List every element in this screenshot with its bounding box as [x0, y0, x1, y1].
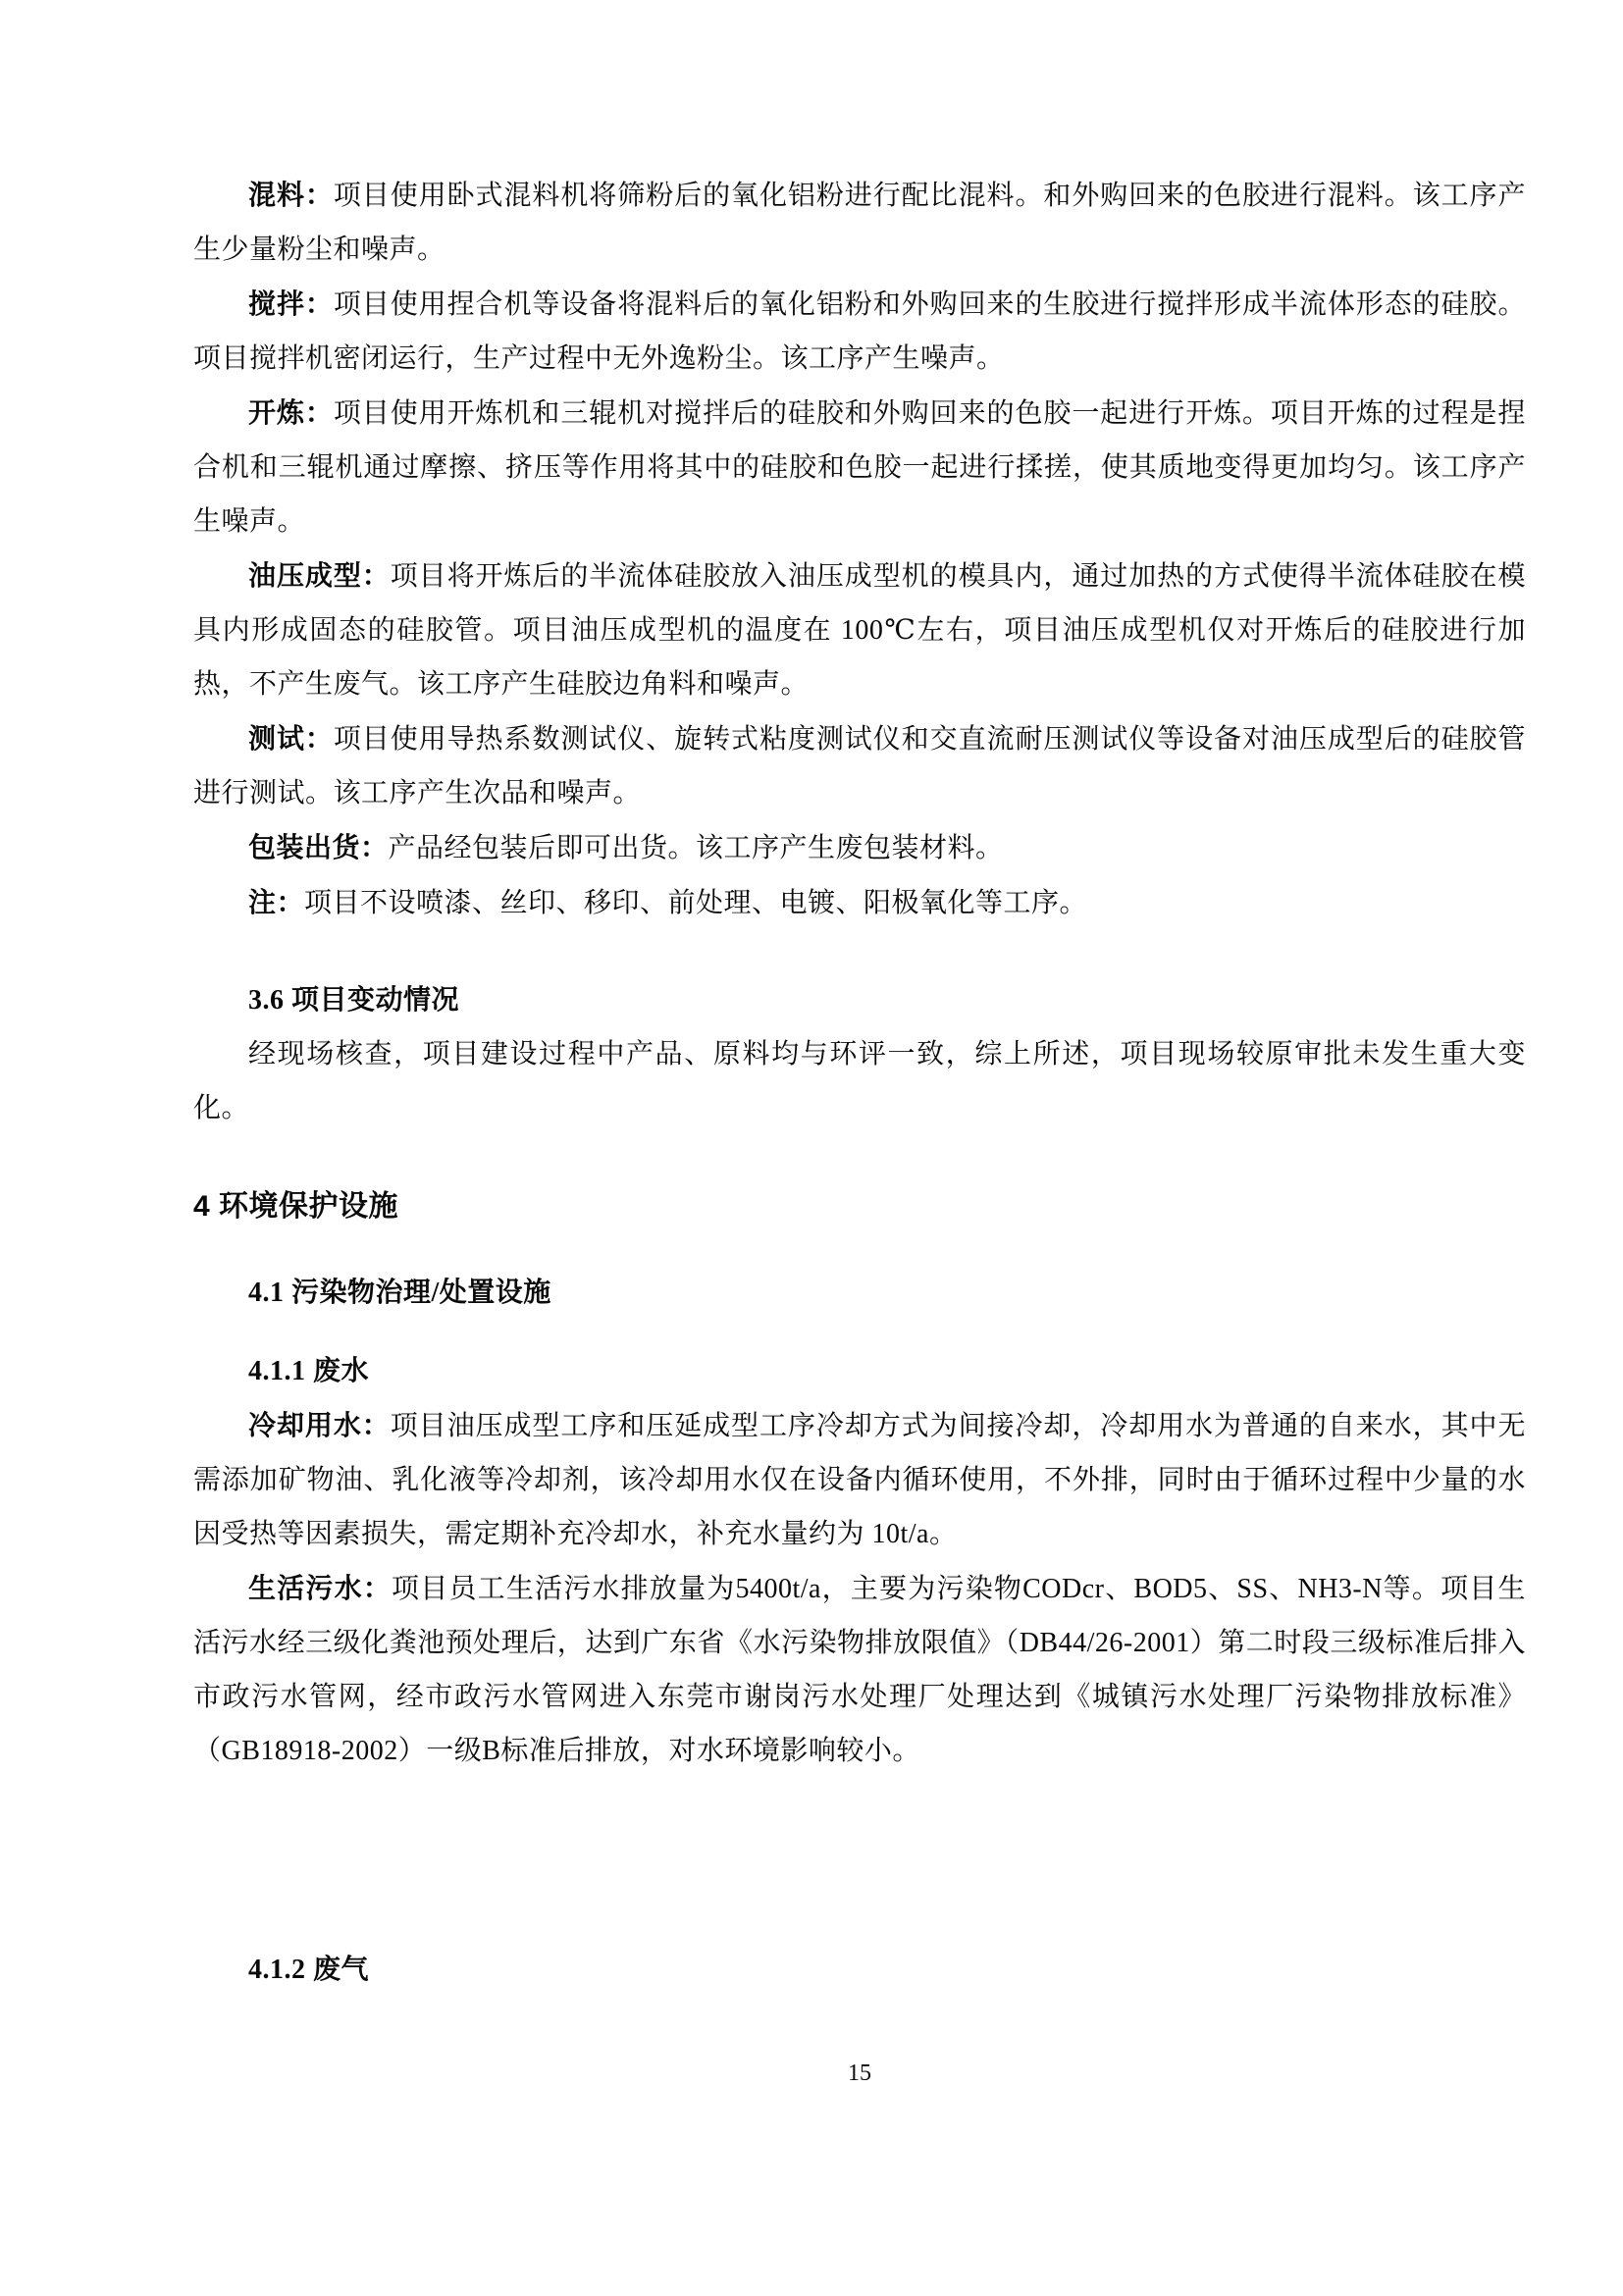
paragraph-text-note: 项目不设喷漆、丝印、移印、前处理、电镀、阳极氧化等工序。 [304, 888, 1087, 918]
paragraph-lead-mixing: 混料： [248, 180, 334, 210]
page-number: 15 [193, 2059, 1526, 2088]
paragraph-press-molding: 油压成型：项目将开炼后的半流体硅胶放入油压成型机的模具内，通过加热的方式使得半流… [193, 548, 1526, 711]
paragraph-cooling-water: 冷却用水：项目油压成型工序和压延成型工序冷却方式为间接冷却，冷却用水为普通的自来… [193, 1398, 1526, 1561]
paragraph-note: 注：项目不设喷漆、丝印、移印、前处理、电镀、阳极氧化等工序。 [193, 875, 1526, 930]
paragraph-text-stirring: 项目使用捏合机等设备将混料后的氧化铝粉和外购回来的生胶进行搅拌形成半流体形态的硅… [193, 289, 1526, 374]
paragraph-project-change: 经现场核查，项目建设过程中产品、原料均与环评一致，综上所述，项目现场较原审批未发… [193, 1027, 1526, 1135]
paragraph-lead-open-milling: 开炼： [248, 397, 334, 428]
document-page: 混料：项目使用卧式混料机将筛粉后的氧化铝粉进行配比混料。和外购回来的色胶进行混料… [0, 0, 1623, 2296]
paragraph-lead-press-molding: 油压成型： [248, 560, 391, 591]
paragraph-lead-testing: 测试： [248, 723, 334, 754]
paragraph-packing: 包装出货：产品经包装后即可出货。该工序产生废包装材料。 [193, 820, 1526, 875]
paragraph-stirring: 搅拌：项目使用捏合机等设备将混料后的氧化铝粉和外购回来的生胶进行搅拌形成半流体形… [193, 277, 1526, 386]
paragraph-text-testing: 项目使用导热系数测试仪、旋转式粘度测试仪和交直流耐压测试仪等设备对油压成型后的硅… [193, 724, 1526, 809]
heading-4: 4 环境保护设施 [193, 1177, 1526, 1236]
paragraph-text-cooling-water: 项目油压成型工序和压延成型工序冷却方式为间接冷却，冷却用水为普通的自来水，其中无… [193, 1411, 1526, 1549]
heading-3-6: 3.6 项目变动情况 [193, 973, 1526, 1027]
paragraph-text-press-molding: 项目将开炼后的半流体硅胶放入油压成型机的模具内，通过加热的方式使得半流体硅胶在模… [193, 561, 1526, 700]
heading-4-1: 4.1 污染物治理/处置设施 [193, 1266, 1526, 1320]
paragraph-text-packing: 产品经包装后即可出货。该工序产生废包装材料。 [389, 833, 1004, 863]
paragraph-lead-packing: 包装出货： [248, 832, 389, 862]
paragraph-mixing: 混料：项目使用卧式混料机将筛粉后的氧化铝粉进行配比混料。和外购回来的色胶进行混料… [193, 168, 1526, 277]
heading-4-1-1: 4.1.1 废水 [193, 1344, 1526, 1398]
paragraph-lead-note: 注： [248, 887, 304, 917]
paragraph-lead-stirring: 搅拌： [248, 288, 334, 319]
paragraph-text-domestic-sewage: 项目员工生活污水排放量为5400t/a，主要为污染物CODcr、BOD5、SS、… [193, 1574, 1526, 1766]
paragraph-open-milling: 开炼：项目使用开炼机和三辊机对搅拌后的硅胶和外购回来的色胶一起进行开炼。项目开炼… [193, 386, 1526, 548]
paragraph-lead-cooling-water: 冷却用水： [248, 1410, 391, 1440]
paragraph-text-mixing: 项目使用卧式混料机将筛粉后的氧化铝粉进行配比混料。和外购回来的色胶进行混料。该工… [193, 181, 1526, 265]
paragraph-text-open-milling: 项目使用开炼机和三辊机对搅拌后的硅胶和外购回来的色胶一起进行开炼。项目开炼的过程… [193, 398, 1526, 537]
paragraph-lead-domestic-sewage: 生活污水： [248, 1573, 392, 1603]
heading-4-1-2: 4.1.2 废气 [193, 1943, 1526, 1997]
paragraph-testing: 测试：项目使用导热系数测试仪、旋转式粘度测试仪和交直流耐压测试仪等设备对油压成型… [193, 711, 1526, 820]
paragraph-domestic-sewage: 生活污水：项目员工生活污水排放量为5400t/a，主要为污染物CODcr、BOD… [193, 1561, 1526, 1778]
